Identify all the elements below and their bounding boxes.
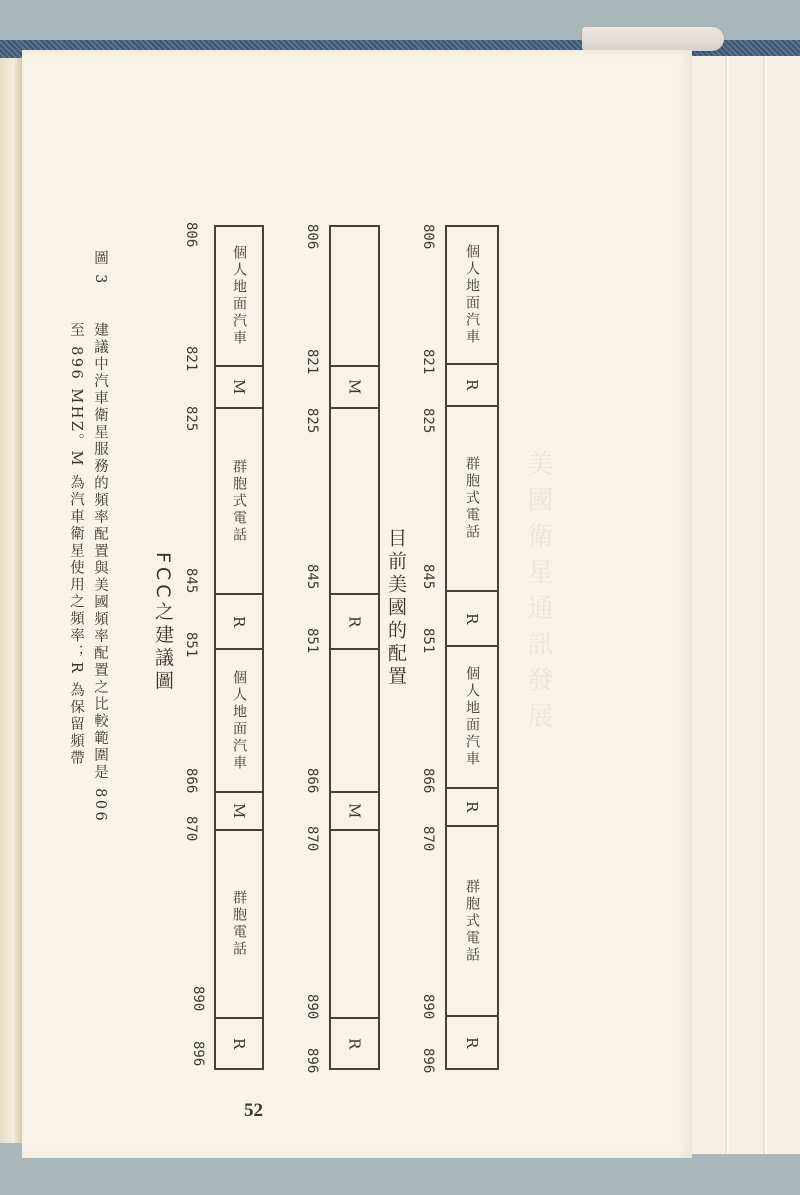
- segment: 個人地面汽車: [447, 647, 497, 789]
- segment: R: [216, 595, 262, 650]
- tick-851: 851: [304, 628, 320, 653]
- segment-label: M: [230, 803, 248, 818]
- segment: 群胞式電話: [447, 827, 497, 1017]
- segment: 個人地面汽車: [447, 227, 497, 365]
- tick-821: 821: [183, 346, 199, 371]
- segment: 個人地面汽車: [216, 227, 262, 367]
- tick-870: 870: [183, 816, 199, 841]
- segment-label: M: [230, 379, 248, 394]
- tick-845: 845: [420, 564, 436, 589]
- tick-825: 825: [420, 408, 436, 433]
- tick-896: 896: [190, 1041, 206, 1066]
- segment: [331, 831, 378, 1019]
- segment-label: R: [230, 616, 248, 627]
- segment: M: [331, 367, 378, 409]
- tick-821: 821: [304, 349, 320, 374]
- tick-866: 866: [420, 768, 436, 793]
- segment-label: 群胞式電話: [462, 879, 482, 964]
- segment: [331, 409, 378, 595]
- frequency-bar-current-top: 個人地面汽車 R 群胞式電話 R 個人地面汽車 R 群胞式電話 R: [445, 225, 499, 1070]
- segment-label: 群胞電話: [229, 890, 249, 958]
- segment: [331, 650, 378, 793]
- segment: 個人地面汽車: [216, 650, 262, 793]
- page-number: 52: [244, 1100, 263, 1122]
- figure-caption-line-2: 至 896 MHZ。M 為汽車衛星使用之頻率；R 為保留頻帶: [66, 322, 87, 767]
- frequency-bar-current-us: M R M R: [329, 225, 380, 1070]
- segment-label: M: [346, 379, 364, 394]
- segment: R: [216, 1019, 262, 1068]
- segment-label: 個人地面汽車: [229, 670, 249, 772]
- tick-845: 845: [304, 564, 320, 589]
- left-page-edge: [0, 58, 23, 1143]
- segment-label: 群胞式電話: [229, 459, 249, 544]
- segment-label: R: [346, 616, 364, 627]
- segment: [331, 227, 378, 367]
- segment: R: [447, 592, 497, 647]
- tick-866: 866: [183, 768, 199, 793]
- segment-label: 個人地面汽車: [462, 244, 482, 346]
- segment: R: [331, 1019, 378, 1068]
- frequency-bar-fcc-proposal: 個人地面汽車 M 群胞式電話 R 個人地面汽車 M 群胞電話 R: [214, 225, 264, 1070]
- segment: 群胞式電話: [447, 407, 497, 592]
- segment: M: [331, 793, 378, 831]
- tick-866: 866: [304, 768, 320, 793]
- tick-851: 851: [420, 628, 436, 653]
- figure-caption-label: 圖 3: [90, 250, 111, 286]
- segment-label: R: [230, 1038, 248, 1049]
- tick-806: 806: [304, 224, 320, 249]
- tick-890: 890: [304, 994, 320, 1019]
- segment-label: 個人地面汽車: [229, 245, 249, 347]
- segment-label: R: [463, 1037, 481, 1048]
- tick-851: 851: [183, 632, 199, 657]
- figure-caption-line-1: 建議中汽車衛星服務的頻率配置與美國頻率配置之比較範圍是 806: [90, 322, 111, 823]
- segment: M: [216, 367, 262, 409]
- tick-845: 845: [183, 568, 199, 593]
- segment-label: 群胞式電話: [462, 456, 482, 541]
- segment-label: R: [463, 613, 481, 624]
- segment-label: R: [463, 801, 481, 812]
- tick-870: 870: [304, 826, 320, 851]
- segment: R: [447, 1017, 497, 1068]
- segment-label: M: [346, 803, 364, 818]
- segment: R: [331, 595, 378, 650]
- tick-806: 806: [420, 224, 436, 249]
- bookmark-clip: [582, 27, 724, 51]
- tick-825: 825: [183, 406, 199, 431]
- tick-821: 821: [420, 349, 436, 374]
- diagram-title-fcc: FCC之建議圖: [150, 552, 177, 693]
- tick-870: 870: [420, 826, 436, 851]
- diagram-title-current-us: 目前美國的配置: [383, 528, 410, 689]
- show-through-text: 美國衛星通訊發展: [520, 450, 557, 738]
- tick-825: 825: [304, 408, 320, 433]
- tick-806: 806: [183, 222, 199, 247]
- segment: R: [447, 789, 497, 827]
- tick-890: 890: [190, 986, 206, 1011]
- segment: R: [447, 365, 497, 407]
- tick-890: 890: [420, 994, 436, 1019]
- segment-label: R: [463, 379, 481, 390]
- tick-896: 896: [420, 1048, 436, 1073]
- segment: 群胞式電話: [216, 409, 262, 595]
- segment: 群胞電話: [216, 831, 262, 1019]
- segment: M: [216, 793, 262, 831]
- segment-label: 個人地面汽車: [462, 666, 482, 768]
- tick-896: 896: [304, 1048, 320, 1073]
- page-stack-edge: [690, 56, 800, 1154]
- segment-label: R: [346, 1038, 364, 1049]
